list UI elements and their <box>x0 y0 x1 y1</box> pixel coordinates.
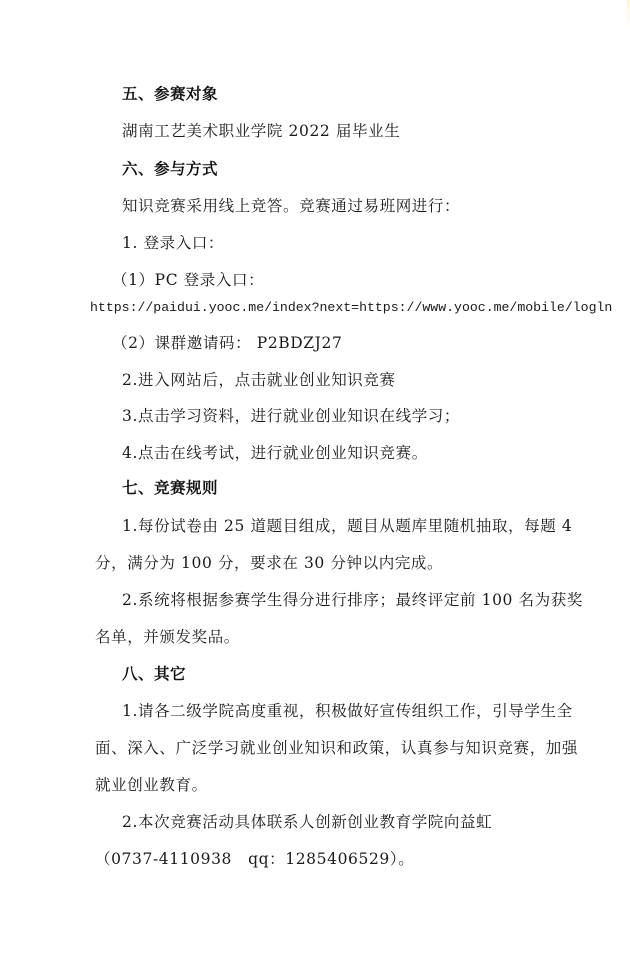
method-intro: 知识竞赛采用线上竞答。竞赛通过易班网进行： <box>122 196 460 216</box>
rule-2-line-1: 2.系统将根据参赛学生得分进行排序；最终评定前 100 名为获奖 <box>122 590 583 610</box>
participants-text: 湖南工艺美术职业学院 2022 届毕业生 <box>122 121 400 141</box>
section-heading-other: 八、其它 <box>122 664 186 684</box>
section-heading-method: 六、参与方式 <box>122 159 218 179</box>
rule-1-line-2: 分，满分为 100 分，要求在 30 分钟以内完成。 <box>95 553 443 573</box>
contact-info: （0737-4110938 qq：1285406529）。 <box>95 849 414 869</box>
rule-1-line-1: 1.每份试卷由 25 道题目组成，题目从题库里随机抽取，每题 4 <box>122 516 572 536</box>
other-item-1-line-3: 就业创业教育。 <box>95 775 208 795</box>
rule-2-line-2: 名单，并颁发奖品。 <box>95 627 240 647</box>
section-heading-rules: 七、竞赛规则 <box>122 478 218 498</box>
document-page: 五、参赛对象 湖南工艺美术职业学院 2022 届毕业生 六、参与方式 知识竞赛采… <box>0 0 630 960</box>
login-url-link[interactable]: https://paidui.yooc.me/index?next=https:… <box>90 298 612 318</box>
step-1-invite-code: （2）课群邀请码： P2BDZJ27 <box>112 333 342 353</box>
step-3: 3.点击学习资料，进行就业创业知识在线学习； <box>122 406 460 426</box>
step-2: 2.进入网站后，点击就业创业知识竞赛 <box>122 370 396 390</box>
other-item-1-line-2: 面、深入、广泛学习就业创业知识和政策，认真参与知识竞赛，加强 <box>95 738 578 758</box>
other-item-1-line-1: 1.请各二级学院高度重视，积极做好宣传组织工作，引导学生全 <box>122 701 573 721</box>
section-heading-participants: 五、参赛对象 <box>122 84 218 104</box>
other-item-2-line-1: 2.本次竞赛活动具体联系人创新创业教育学院向益虹 <box>122 812 492 832</box>
step-1-pc-login: （1）PC 登录入口： <box>112 270 264 290</box>
step-4: 4.点击在线考试，进行就业创业知识竞赛。 <box>122 443 428 463</box>
step-1-login: 1. 登录入口： <box>122 233 224 253</box>
